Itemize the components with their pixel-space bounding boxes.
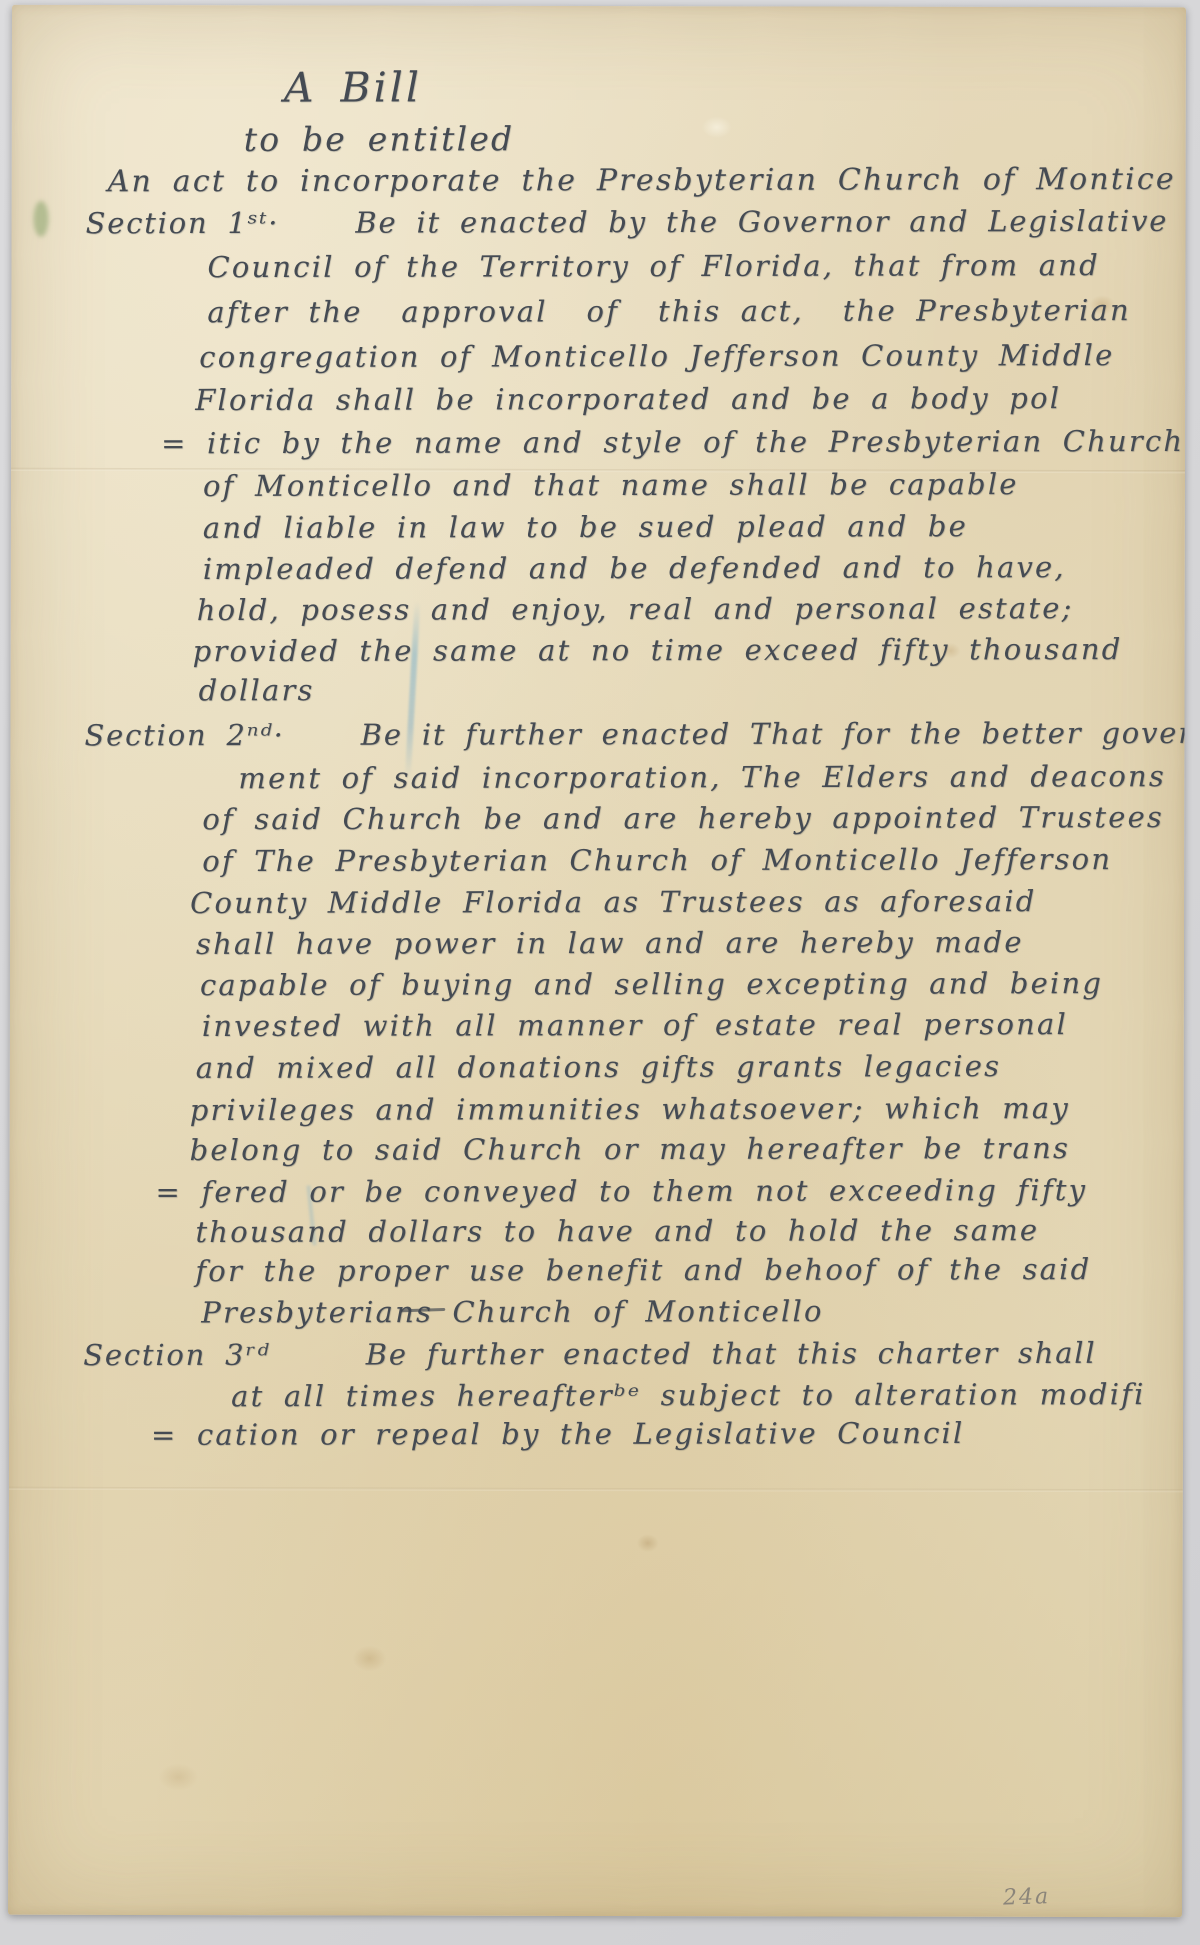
handwritten-line: ment of said incorporation, The Elders a…	[238, 759, 1166, 795]
handwritten-line: of Monticello and that name shall be cap…	[203, 467, 1019, 503]
blue-pencil-mark	[405, 602, 421, 780]
handwritten-line: after the approval of this act, the Pres…	[207, 293, 1131, 329]
handwritten-line: Council of the Territory of Florida, tha…	[207, 248, 1100, 284]
handwritten-line: shall have power in law and are hereby m…	[196, 925, 1024, 961]
handwritten-line: provided the same at no time exceed fift…	[193, 632, 1123, 668]
handwritten-line: capable of buying and selling excepting …	[200, 966, 1103, 1002]
foxing-stain	[637, 1534, 659, 1552]
handwritten-line: of said Church be and are hereby appoint…	[202, 800, 1164, 836]
act-caption: An act to incorporate the Presbyterian C…	[108, 162, 1176, 199]
paper-highlight	[702, 116, 732, 138]
handwritten-line: thousand dollars to have and to hold the…	[195, 1213, 1039, 1249]
handwritten-line: at all times hereafterᵇᵉ subject to alte…	[231, 1377, 1146, 1413]
handwritten-line: = cation or repeal by the Legislative Co…	[151, 1416, 965, 1452]
document-subtitle: to be entitled	[244, 119, 515, 159]
handwritten-line: County Middle Florida as Trustees as afo…	[190, 884, 1036, 920]
handwritten-line: dollars	[199, 673, 315, 707]
handwritten-line: hold, posess and enjoy, real and persona…	[197, 591, 1074, 627]
foxing-stain	[353, 1645, 387, 1671]
handwritten-line: congregation of Monticello Jefferson Cou…	[199, 338, 1114, 374]
handwritten-line: for the proper use benefit and behoof of…	[195, 1252, 1091, 1288]
handwritten-line: impleaded defend and be defended and to …	[203, 550, 1066, 586]
handwritten-line: invested with all manner of estate real …	[202, 1007, 1068, 1043]
handwritten-line: of The Presbyterian Church of Monticello…	[202, 842, 1112, 878]
handwritten-line: = fered or be conveyed to them not excee…	[155, 1173, 1087, 1209]
section-1-opening: Section 1ˢᵗ· Be it enacted by the Govern…	[86, 204, 1169, 240]
document-title: A Bill	[284, 63, 422, 111]
handwritten-line: and mixed all donations gifts grants leg…	[196, 1049, 1001, 1085]
foxing-stain	[158, 1763, 198, 1791]
handwritten-line: belong to said Church or may hereafter b…	[190, 1131, 1071, 1167]
scan-background: A Bill to be entitled An act to incorpor…	[0, 0, 1200, 1945]
paper-fold-crease	[9, 1487, 1183, 1492]
handwritten-line: and liable in law to be sued plead and b…	[203, 509, 968, 545]
section-2-opening: Section 2ⁿᵈ· Be it further enacted That …	[84, 716, 1186, 753]
handwritten-line: Presbyterians Church of Monticello	[201, 1294, 823, 1329]
section-3-opening: Section 3ʳᵈ Be further enacted that this…	[83, 1336, 1096, 1372]
handwritten-line: Florida shall be incorporated and be a b…	[195, 381, 1061, 417]
page-number-annotation: 24a	[1003, 1884, 1051, 1911]
document-page: A Bill to be entitled An act to incorpor…	[8, 5, 1186, 1917]
handwritten-line: = itic by the name and style of the Pres…	[161, 424, 1184, 460]
green-ink-smudge	[34, 201, 49, 237]
handwritten-line: privileges and immunities whatsoever; wh…	[190, 1091, 1070, 1127]
